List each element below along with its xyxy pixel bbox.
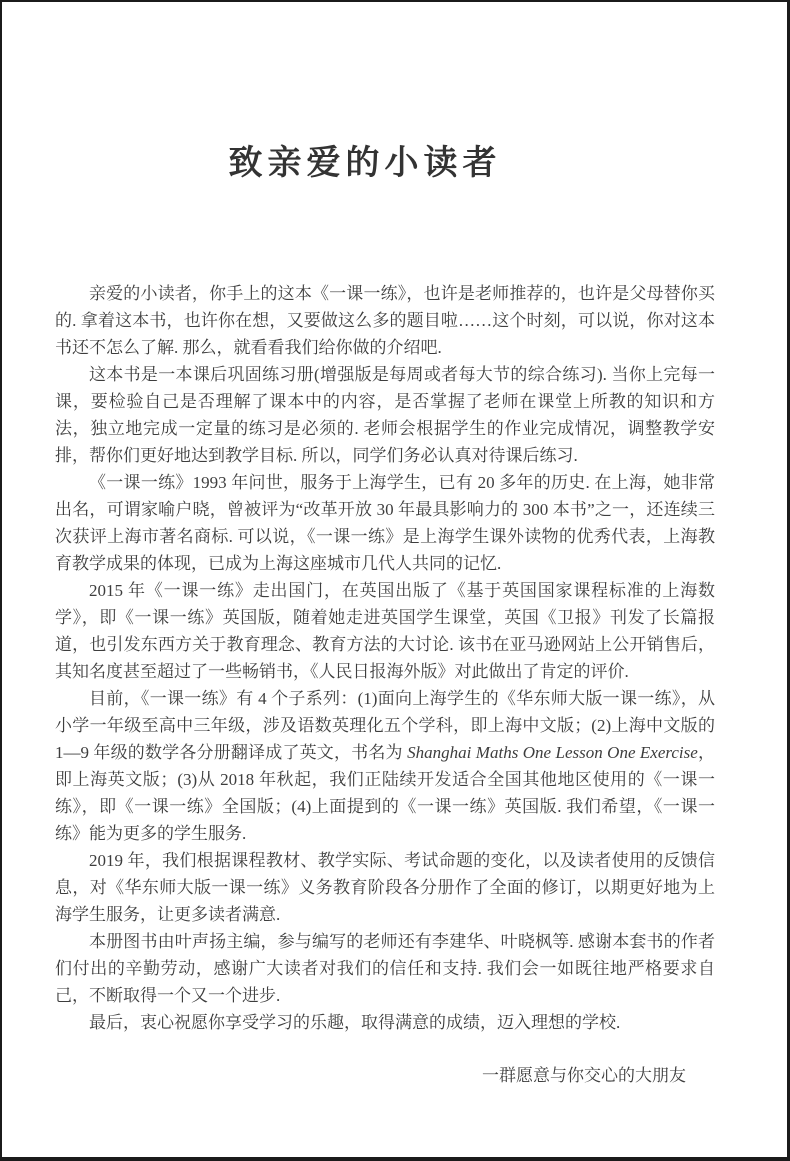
paragraph-text: 2019 年，我们根据课程教材、教学实际、考试命题的变化，以及读者使用的反馈信息… [55,851,715,924]
english-book-title: Shanghai Maths One Lesson One Exercise [407,743,698,762]
paragraph: 亲爱的小读者，你手上的这本《一课一练》，也许是老师推荐的，也许是父母替你买的. … [55,280,715,361]
paragraph: 目前，《一课一练》有 4 个子系列：(1)面向上海学生的《华东师大版一课一练》，… [55,685,715,847]
paragraph: 最后，衷心祝愿你享受学习的乐趣，取得满意的成绩，迈入理想的学校. [55,1009,715,1036]
paragraph: 《一课一练》1993 年问世，服务于上海学生，已有 20 多年的历史. 在上海，… [55,469,715,577]
book-preface-page: 致亲爱的小读者 亲爱的小读者，你手上的这本《一课一练》，也许是老师推荐的，也许是… [0,0,790,1161]
paragraph-text: 最后，衷心祝愿你享受学习的乐趣，取得满意的成绩，迈入理想的学校. [89,1013,620,1032]
preface-content: 亲爱的小读者，你手上的这本《一课一练》，也许是老师推荐的，也许是父母替你买的. … [55,280,715,1089]
paragraph-text: 2015 年《一课一练》走出国门，在英国出版了《基于英国国家课程标准的上海数学》… [55,581,715,681]
paragraph-text: 《一课一练》1993 年问世，服务于上海学生，已有 20 多年的历史. 在上海，… [55,473,715,573]
paragraph: 2019 年，我们根据课程教材、教学实际、考试命题的变化，以及读者使用的反馈信息… [55,847,715,928]
paragraph-text: 本册图书由叶声扬主编，参与编写的老师还有李建华、叶晓枫等. 感谢本套书的作者们付… [55,932,715,1005]
paragraph: 2015 年《一课一练》走出国门，在英国出版了《基于英国国家课程标准的上海数学》… [55,577,715,685]
paragraph: 这本书是一本课后巩固练习册(增强版是每周或者每大节的综合练习). 当你上完每一课… [55,361,715,469]
paragraph: 本册图书由叶声扬主编，参与编写的老师还有李建华、叶晓枫等. 感谢本套书的作者们付… [55,928,715,1009]
paragraph-text: 这本书是一本课后巩固练习册(增强版是每周或者每大节的综合练习). 当你上完每一课… [55,365,715,465]
page-title: 致亲爱的小读者 [2,143,728,185]
preface-paragraphs: 亲爱的小读者，你手上的这本《一课一练》，也许是老师推荐的，也许是父母替你买的. … [55,280,715,1036]
signature-line: 一群愿意与你交心的大朋友 [55,1062,715,1089]
paragraph-text: 亲爱的小读者，你手上的这本《一课一练》，也许是老师推荐的，也许是父母替你买的. … [55,284,715,357]
